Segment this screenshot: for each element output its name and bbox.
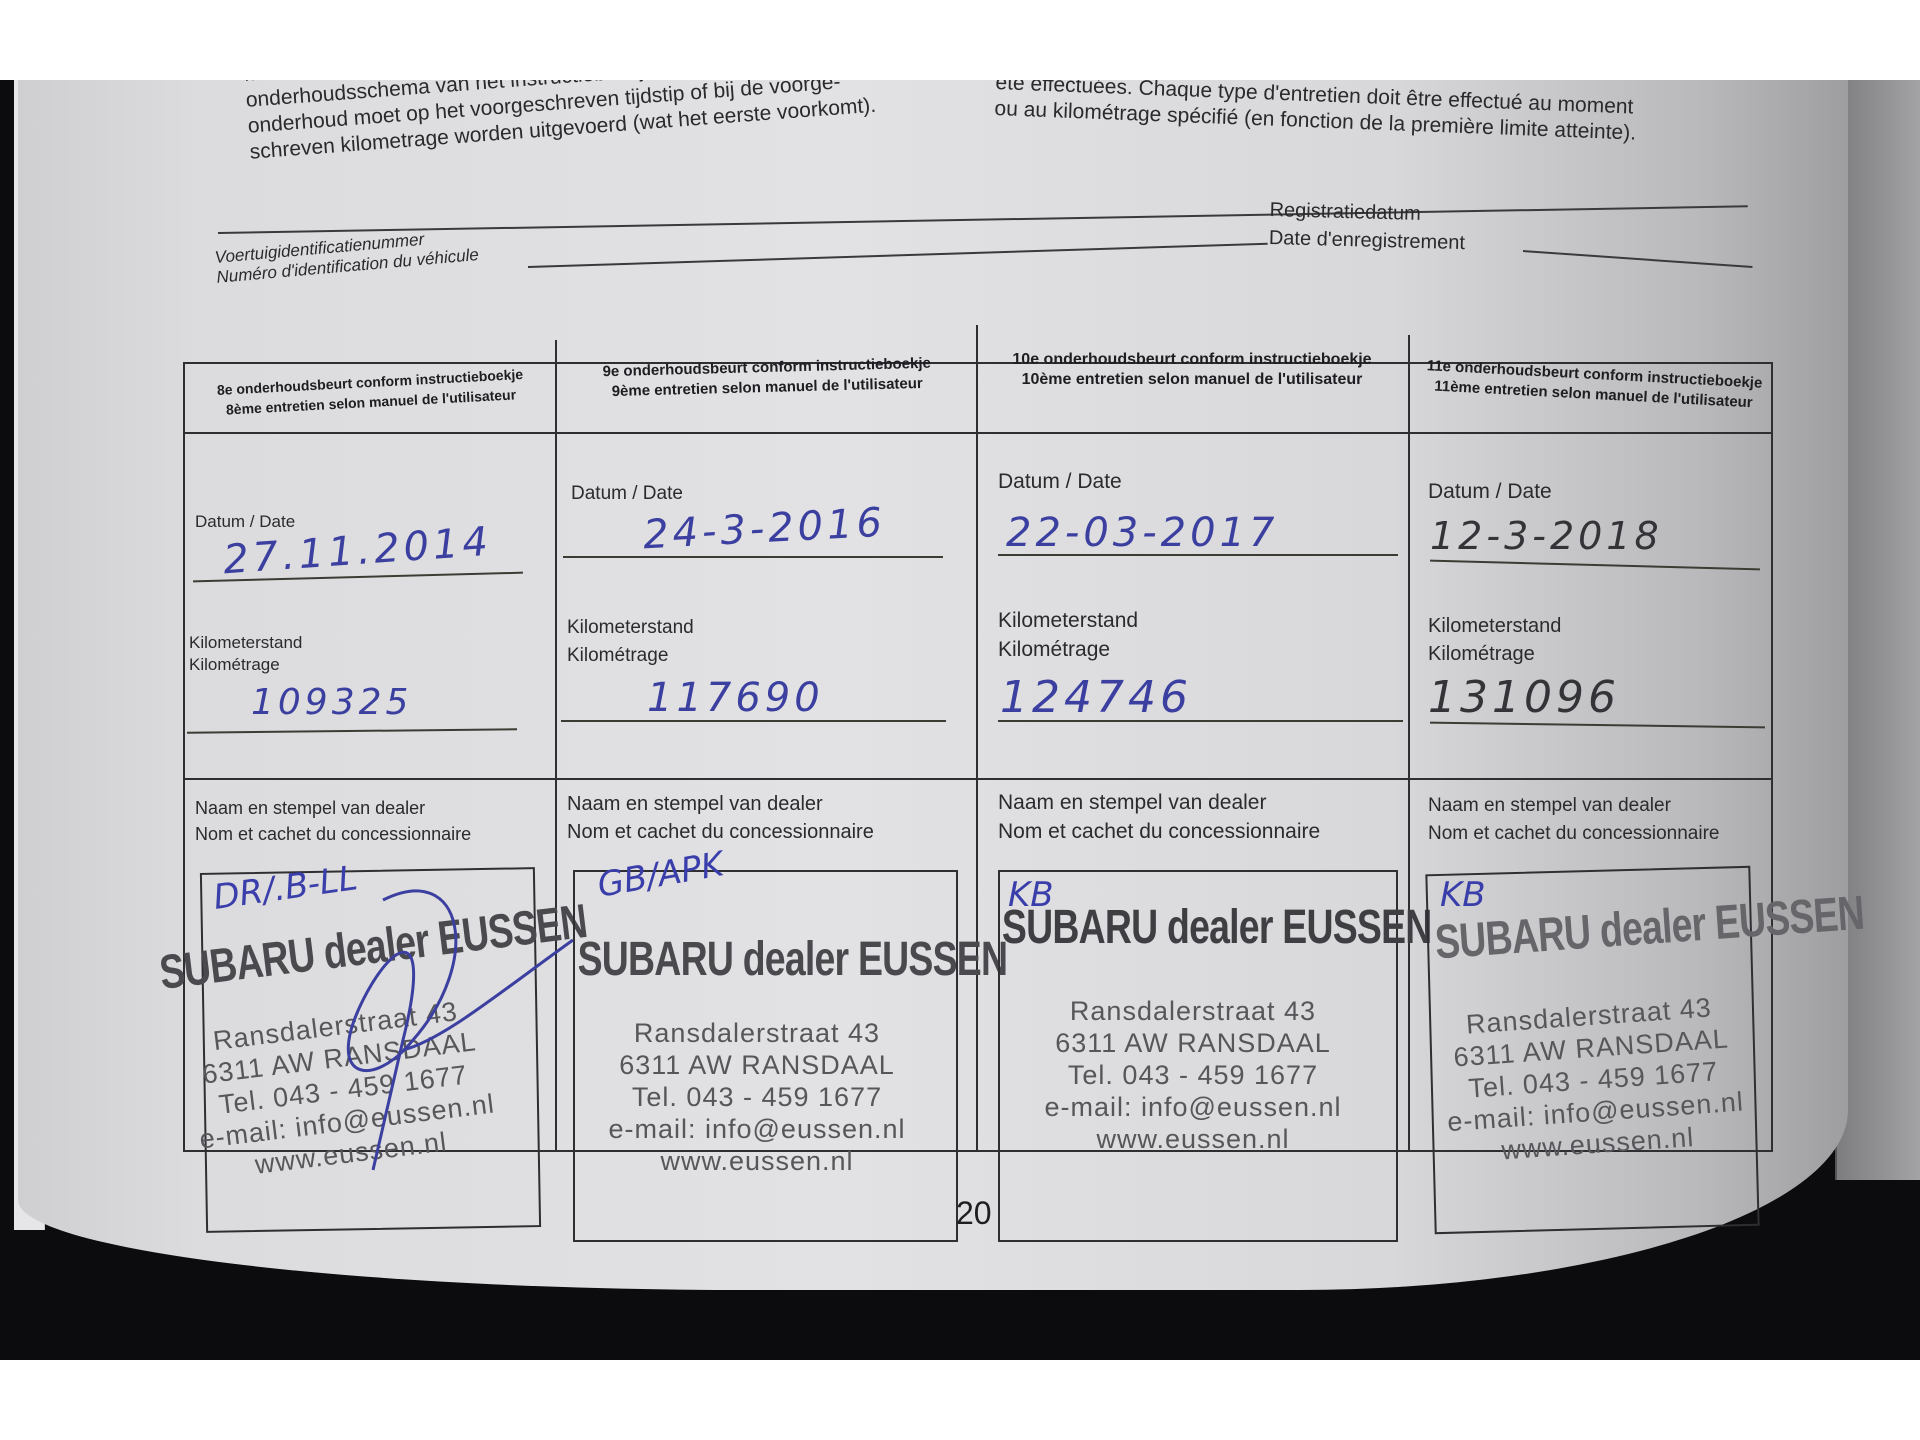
vin-label: Voertuigidentificatienummer Numéro d'ide… <box>214 225 480 288</box>
date-line <box>563 556 943 558</box>
dealer-label: Naam en stempel van dealer Nom et cachet… <box>195 795 471 847</box>
photo: Met deze coupon wordt bevestigd onderhou… <box>0 80 1920 1360</box>
reg-date-line <box>1523 250 1753 268</box>
dealer-stamp: SUBARU dealer EUSSEN Ransdalerstraat 43 … <box>1392 892 1789 1173</box>
dealer-label: Naam en stempel van dealer Nom et cachet… <box>567 790 874 846</box>
column-header: 11e onderhoudsbeurt conform instructiebo… <box>1413 356 1775 415</box>
dealer-initials: KB <box>1440 875 1486 915</box>
date-label: Datum / Date <box>1428 480 1552 504</box>
date-line <box>1430 560 1760 571</box>
intro-dutch: Met deze coupon wordt bevestigd onderhou… <box>243 80 877 166</box>
km-label: Kilometerstand Kilométrage <box>189 632 302 676</box>
km-value: 131096 <box>1428 672 1620 723</box>
date-label: Datum / Date <box>195 510 295 534</box>
date-value: 22-03-2017 <box>1006 510 1278 556</box>
column-10th-service: 10e onderhoudsbeurt conform instructiebo… <box>978 320 1408 1230</box>
column-11th-service: 11e onderhoudsbeurt conform instructiebo… <box>1410 320 1773 1230</box>
column-9th-service: 9e onderhoudsbeurt conform instructieboe… <box>557 320 976 1230</box>
date-value: 24-3-2016 <box>642 500 887 559</box>
km-line <box>998 720 1403 722</box>
km-value: 109325 <box>251 682 412 723</box>
km-label: Kilometerstand Kilométrage <box>1428 612 1561 668</box>
date-line <box>998 554 1398 556</box>
km-line <box>561 720 946 722</box>
column-8th-service: 8e onderhoudsbeurt conform instructieboe… <box>183 320 555 1230</box>
maintenance-table: 8e onderhoudsbeurt conform instructieboe… <box>183 320 1773 1230</box>
km-value: 124746 <box>1000 672 1192 723</box>
intro-french: été effectuées. Chaque type d'entretien … <box>994 80 1638 147</box>
page-number: 20 <box>956 1195 992 1232</box>
column-header: 8e onderhoudsbeurt conform instructieboe… <box>192 363 549 422</box>
dealer-stamp: SUBARU dealer EUSSEN Ransdalerstraat 43 … <box>527 932 987 1177</box>
km-value: 117690 <box>647 675 824 721</box>
km-label: Kilometerstand Kilométrage <box>567 614 694 670</box>
booklet-page: Met deze coupon wordt bevestigd onderhou… <box>18 80 1848 1290</box>
dealer-label: Naam en stempel van dealer Nom et cachet… <box>1428 792 1720 848</box>
dealer-label: Naam en stempel van dealer Nom et cachet… <box>998 788 1320 846</box>
column-header: 9e onderhoudsbeurt conform instructieboe… <box>567 353 968 403</box>
dealer-stamp: SUBARU dealer EUSSEN Ransdalerstraat 43 … <box>948 900 1438 1155</box>
km-label: Kilometerstand Kilométrage <box>998 606 1138 664</box>
vin-line <box>528 243 1268 268</box>
date-label: Datum / Date <box>571 482 683 506</box>
km-line <box>187 728 517 733</box>
registration-date-label: Registratiedatum Date d'enregistrement <box>1269 196 1467 257</box>
date-value: 12-3-2018 <box>1430 514 1663 558</box>
column-header: 10e onderhoudsbeurt conform instructiebo… <box>982 350 1402 390</box>
date-label: Datum / Date <box>998 470 1122 494</box>
